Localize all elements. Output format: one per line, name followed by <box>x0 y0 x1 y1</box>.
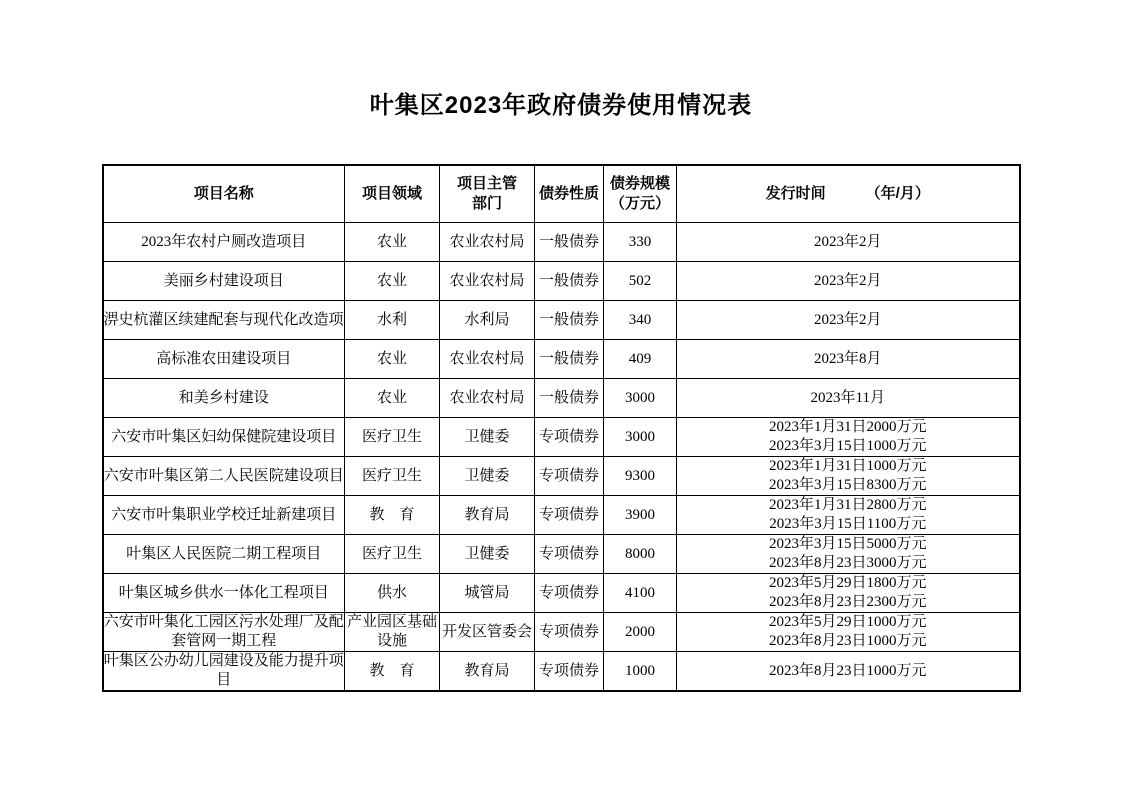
header-row: 项目名称项目领域项目主管部门债券性质债券规模（万元）发行时间（年/月） <box>103 165 1020 223</box>
bond-nature-cell: 一般债券 <box>535 223 604 262</box>
issue-time-line: 2023年8月23日2300万元 <box>677 593 1019 612</box>
issue-time-cell: 2023年5月29日1800万元2023年8月23日2300万元 <box>677 574 1020 613</box>
project-name-text: 叶集区人民医院二期工程项目 <box>104 545 345 564</box>
project-name-cell: 和美乡村建设 <box>103 379 345 418</box>
project-field-cell: 供水 <box>345 574 440 613</box>
project-name-text: 六安市叶集区妇幼保健院建设项目 <box>104 428 345 447</box>
bond-scale-cell: 409 <box>604 340 677 379</box>
project-name-cell: 六安市叶集区第二人民医院建设项目 <box>103 457 345 496</box>
bond-nature-cell: 专项债券 <box>535 574 604 613</box>
department-cell: 卫健委 <box>440 535 535 574</box>
project-name-cell: 六安市叶集职业学校迁址新建项目 <box>103 496 345 535</box>
department-cell: 农业农村局 <box>440 262 535 301</box>
table-row: 2023年农村户厕改造项目农业农业农村局一般债券3302023年2月 <box>103 223 1020 262</box>
table-row: 淠史杭灌区续建配套与现代化改造项目水利水利局一般债券3402023年2月 <box>103 301 1020 340</box>
issue-time-cell: 2023年2月 <box>677 262 1020 301</box>
issue-time-line: 2023年1月31日2000万元 <box>677 418 1019 437</box>
project-field-cell: 农业 <box>345 379 440 418</box>
column-header-line: 债券性质 <box>535 184 603 204</box>
bond-nature-cell: 一般债券 <box>535 301 604 340</box>
column-header-scale: 债券规模（万元） <box>604 165 677 223</box>
project-name-cell: 六安市叶集化工园区污水处理厂及配套管网一期工程 <box>103 613 345 652</box>
column-header-line: 项目名称 <box>104 184 345 204</box>
column-header-nature: 债券性质 <box>535 165 604 223</box>
bond-nature-cell: 专项债券 <box>535 457 604 496</box>
bond-nature-cell: 专项债券 <box>535 613 604 652</box>
issue-time-cell: 2023年3月15日5000万元2023年8月23日3000万元 <box>677 535 1020 574</box>
issue-time-line: 2023年1月31日1000万元 <box>677 457 1019 476</box>
bond-nature-cell: 一般债券 <box>535 262 604 301</box>
department-cell: 开发区管委会 <box>440 613 535 652</box>
project-name-cell: 叶集区公办幼儿园建设及能力提升项目 <box>103 652 345 692</box>
issue-time-line: 2023年8月23日3000万元 <box>677 554 1019 573</box>
project-name-text: 和美乡村建设 <box>104 389 345 408</box>
column-header-line: 部门 <box>440 194 534 214</box>
column-header-name: 项目名称 <box>103 165 345 223</box>
issue-time-line: 2023年3月15日8300万元 <box>677 476 1019 495</box>
issue-time-cell: 2023年1月31日1000万元2023年3月15日8300万元 <box>677 457 1020 496</box>
project-name-cell: 2023年农村户厕改造项目 <box>103 223 345 262</box>
issue-time-cell: 2023年8月23日1000万元 <box>677 652 1020 692</box>
issue-time-cell: 2023年2月 <box>677 301 1020 340</box>
project-name-cell: 淠史杭灌区续建配套与现代化改造项目 <box>103 301 345 340</box>
issue-time-cell: 2023年2月 <box>677 223 1020 262</box>
project-name-cell: 高标准农田建设项目 <box>103 340 345 379</box>
bond-scale-cell: 3900 <box>604 496 677 535</box>
project-field-cell: 农业 <box>345 262 440 301</box>
table-row: 高标准农田建设项目农业农业农村局一般债券4092023年8月 <box>103 340 1020 379</box>
department-cell: 卫健委 <box>440 418 535 457</box>
column-header-line: 项目主管 <box>440 174 534 194</box>
table-row: 六安市叶集区第二人民医院建设项目医疗卫生卫健委专项债券93002023年1月31… <box>103 457 1020 496</box>
project-field-cell: 农业 <box>345 223 440 262</box>
project-name-cell: 美丽乡村建设项目 <box>103 262 345 301</box>
bond-usage-table: 项目名称项目领域项目主管部门债券性质债券规模（万元）发行时间（年/月） 2023… <box>102 164 1021 692</box>
table-row: 叶集区公办幼儿园建设及能力提升项目教 育教育局专项债券10002023年8月23… <box>103 652 1020 692</box>
bond-nature-cell: 专项债券 <box>535 535 604 574</box>
issue-time-line: 2023年11月 <box>677 389 1019 408</box>
table-header: 项目名称项目领域项目主管部门债券性质债券规模（万元）发行时间（年/月） <box>103 165 1020 223</box>
issue-time-cell: 2023年8月 <box>677 340 1020 379</box>
column-header-unit: （年/月） <box>866 185 930 202</box>
bond-scale-cell: 330 <box>604 223 677 262</box>
column-header-time: 发行时间（年/月） <box>677 165 1020 223</box>
bond-scale-cell: 9300 <box>604 457 677 496</box>
project-field-cell: 农业 <box>345 340 440 379</box>
issue-time-line: 2023年3月15日1000万元 <box>677 437 1019 456</box>
project-field-cell: 教 育 <box>345 652 440 692</box>
bond-scale-cell: 502 <box>604 262 677 301</box>
bond-nature-cell: 专项债券 <box>535 418 604 457</box>
project-name-text: 叶集区城乡供水一体化工程项目 <box>104 584 345 603</box>
issue-time-cell: 2023年1月31日2800万元2023年3月15日1100万元 <box>677 496 1020 535</box>
project-name-cell: 叶集区人民医院二期工程项目 <box>103 535 345 574</box>
issue-time-line: 2023年8月 <box>677 350 1019 369</box>
project-name-text: 美丽乡村建设项目 <box>104 272 345 291</box>
table-row: 六安市叶集区妇幼保健院建设项目医疗卫生卫健委专项债券30002023年1月31日… <box>103 418 1020 457</box>
project-field-cell: 教 育 <box>345 496 440 535</box>
project-field-cell: 医疗卫生 <box>345 418 440 457</box>
column-header-line: （万元） <box>604 194 676 214</box>
column-header-dept: 项目主管部门 <box>440 165 535 223</box>
page-title: 叶集区2023年政府债券使用情况表 <box>0 0 1122 120</box>
table-body: 2023年农村户厕改造项目农业农业农村局一般债券3302023年2月美丽乡村建设… <box>103 223 1020 692</box>
department-cell: 农业农村局 <box>440 340 535 379</box>
issue-time-line: 2023年3月15日1100万元 <box>677 515 1019 534</box>
department-cell: 城管局 <box>440 574 535 613</box>
project-name-text: 六安市叶集化工园区污水处理厂及配套管网一期工程 <box>104 613 345 651</box>
column-header-line: 项目领域 <box>345 184 439 204</box>
project-name-text: 叶集区公办幼儿园建设及能力提升项目 <box>104 652 345 690</box>
bond-nature-cell: 一般债券 <box>535 340 604 379</box>
department-cell: 农业农村局 <box>440 379 535 418</box>
issue-time-line: 2023年8月23日1000万元 <box>677 632 1019 651</box>
bond-scale-cell: 3000 <box>604 379 677 418</box>
issue-time-line: 2023年1月31日2800万元 <box>677 496 1019 515</box>
issue-time-cell: 2023年5月29日1000万元2023年8月23日1000万元 <box>677 613 1020 652</box>
issue-time-line: 2023年2月 <box>677 233 1019 252</box>
issue-time-line: 2023年5月29日1800万元 <box>677 574 1019 593</box>
project-field-cell: 医疗卫生 <box>345 535 440 574</box>
department-cell: 教育局 <box>440 652 535 692</box>
project-name-text: 淠史杭灌区续建配套与现代化改造项目 <box>104 311 345 330</box>
issue-time-line: 2023年2月 <box>677 272 1019 291</box>
project-field-cell: 水利 <box>345 301 440 340</box>
bond-scale-cell: 2000 <box>604 613 677 652</box>
column-header-label: 发行时间 <box>766 185 826 202</box>
project-name-text: 六安市叶集职业学校迁址新建项目 <box>104 506 345 525</box>
issue-time-line: 2023年2月 <box>677 311 1019 330</box>
bond-scale-cell: 1000 <box>604 652 677 692</box>
department-cell: 教育局 <box>440 496 535 535</box>
project-name-text: 六安市叶集区第二人民医院建设项目 <box>104 467 345 486</box>
table-row: 美丽乡村建设项目农业农业农村局一般债券5022023年2月 <box>103 262 1020 301</box>
department-cell: 农业农村局 <box>440 223 535 262</box>
bond-nature-cell: 专项债券 <box>535 652 604 692</box>
project-field-cell: 产业园区基础设施 <box>345 613 440 652</box>
table-row: 六安市叶集职业学校迁址新建项目教 育教育局专项债券39002023年1月31日2… <box>103 496 1020 535</box>
bond-nature-cell: 专项债券 <box>535 496 604 535</box>
table-row: 和美乡村建设农业农业农村局一般债券30002023年11月 <box>103 379 1020 418</box>
issue-time-line: 2023年5月29日1000万元 <box>677 613 1019 632</box>
project-name-cell: 叶集区城乡供水一体化工程项目 <box>103 574 345 613</box>
bond-scale-cell: 340 <box>604 301 677 340</box>
department-cell: 卫健委 <box>440 457 535 496</box>
issue-time-cell: 2023年1月31日2000万元2023年3月15日1000万元 <box>677 418 1020 457</box>
table-row: 叶集区人民医院二期工程项目医疗卫生卫健委专项债券80002023年3月15日50… <box>103 535 1020 574</box>
project-name-cell: 六安市叶集区妇幼保健院建设项目 <box>103 418 345 457</box>
table-row: 六安市叶集化工园区污水处理厂及配套管网一期工程产业园区基础设施开发区管委会专项债… <box>103 613 1020 652</box>
bond-scale-cell: 8000 <box>604 535 677 574</box>
issue-time-line: 2023年8月23日1000万元 <box>677 662 1019 681</box>
project-field-cell: 医疗卫生 <box>345 457 440 496</box>
project-name-text: 2023年农村户厕改造项目 <box>104 233 345 252</box>
bond-scale-cell: 4100 <box>604 574 677 613</box>
bond-nature-cell: 一般债券 <box>535 379 604 418</box>
bond-scale-cell: 3000 <box>604 418 677 457</box>
table-row: 叶集区城乡供水一体化工程项目供水城管局专项债券41002023年5月29日180… <box>103 574 1020 613</box>
department-cell: 水利局 <box>440 301 535 340</box>
project-name-text: 高标准农田建设项目 <box>104 350 345 369</box>
column-header-field: 项目领域 <box>345 165 440 223</box>
issue-time-cell: 2023年11月 <box>677 379 1020 418</box>
column-header-line: 债券规模 <box>604 174 676 194</box>
issue-time-line: 2023年3月15日5000万元 <box>677 535 1019 554</box>
